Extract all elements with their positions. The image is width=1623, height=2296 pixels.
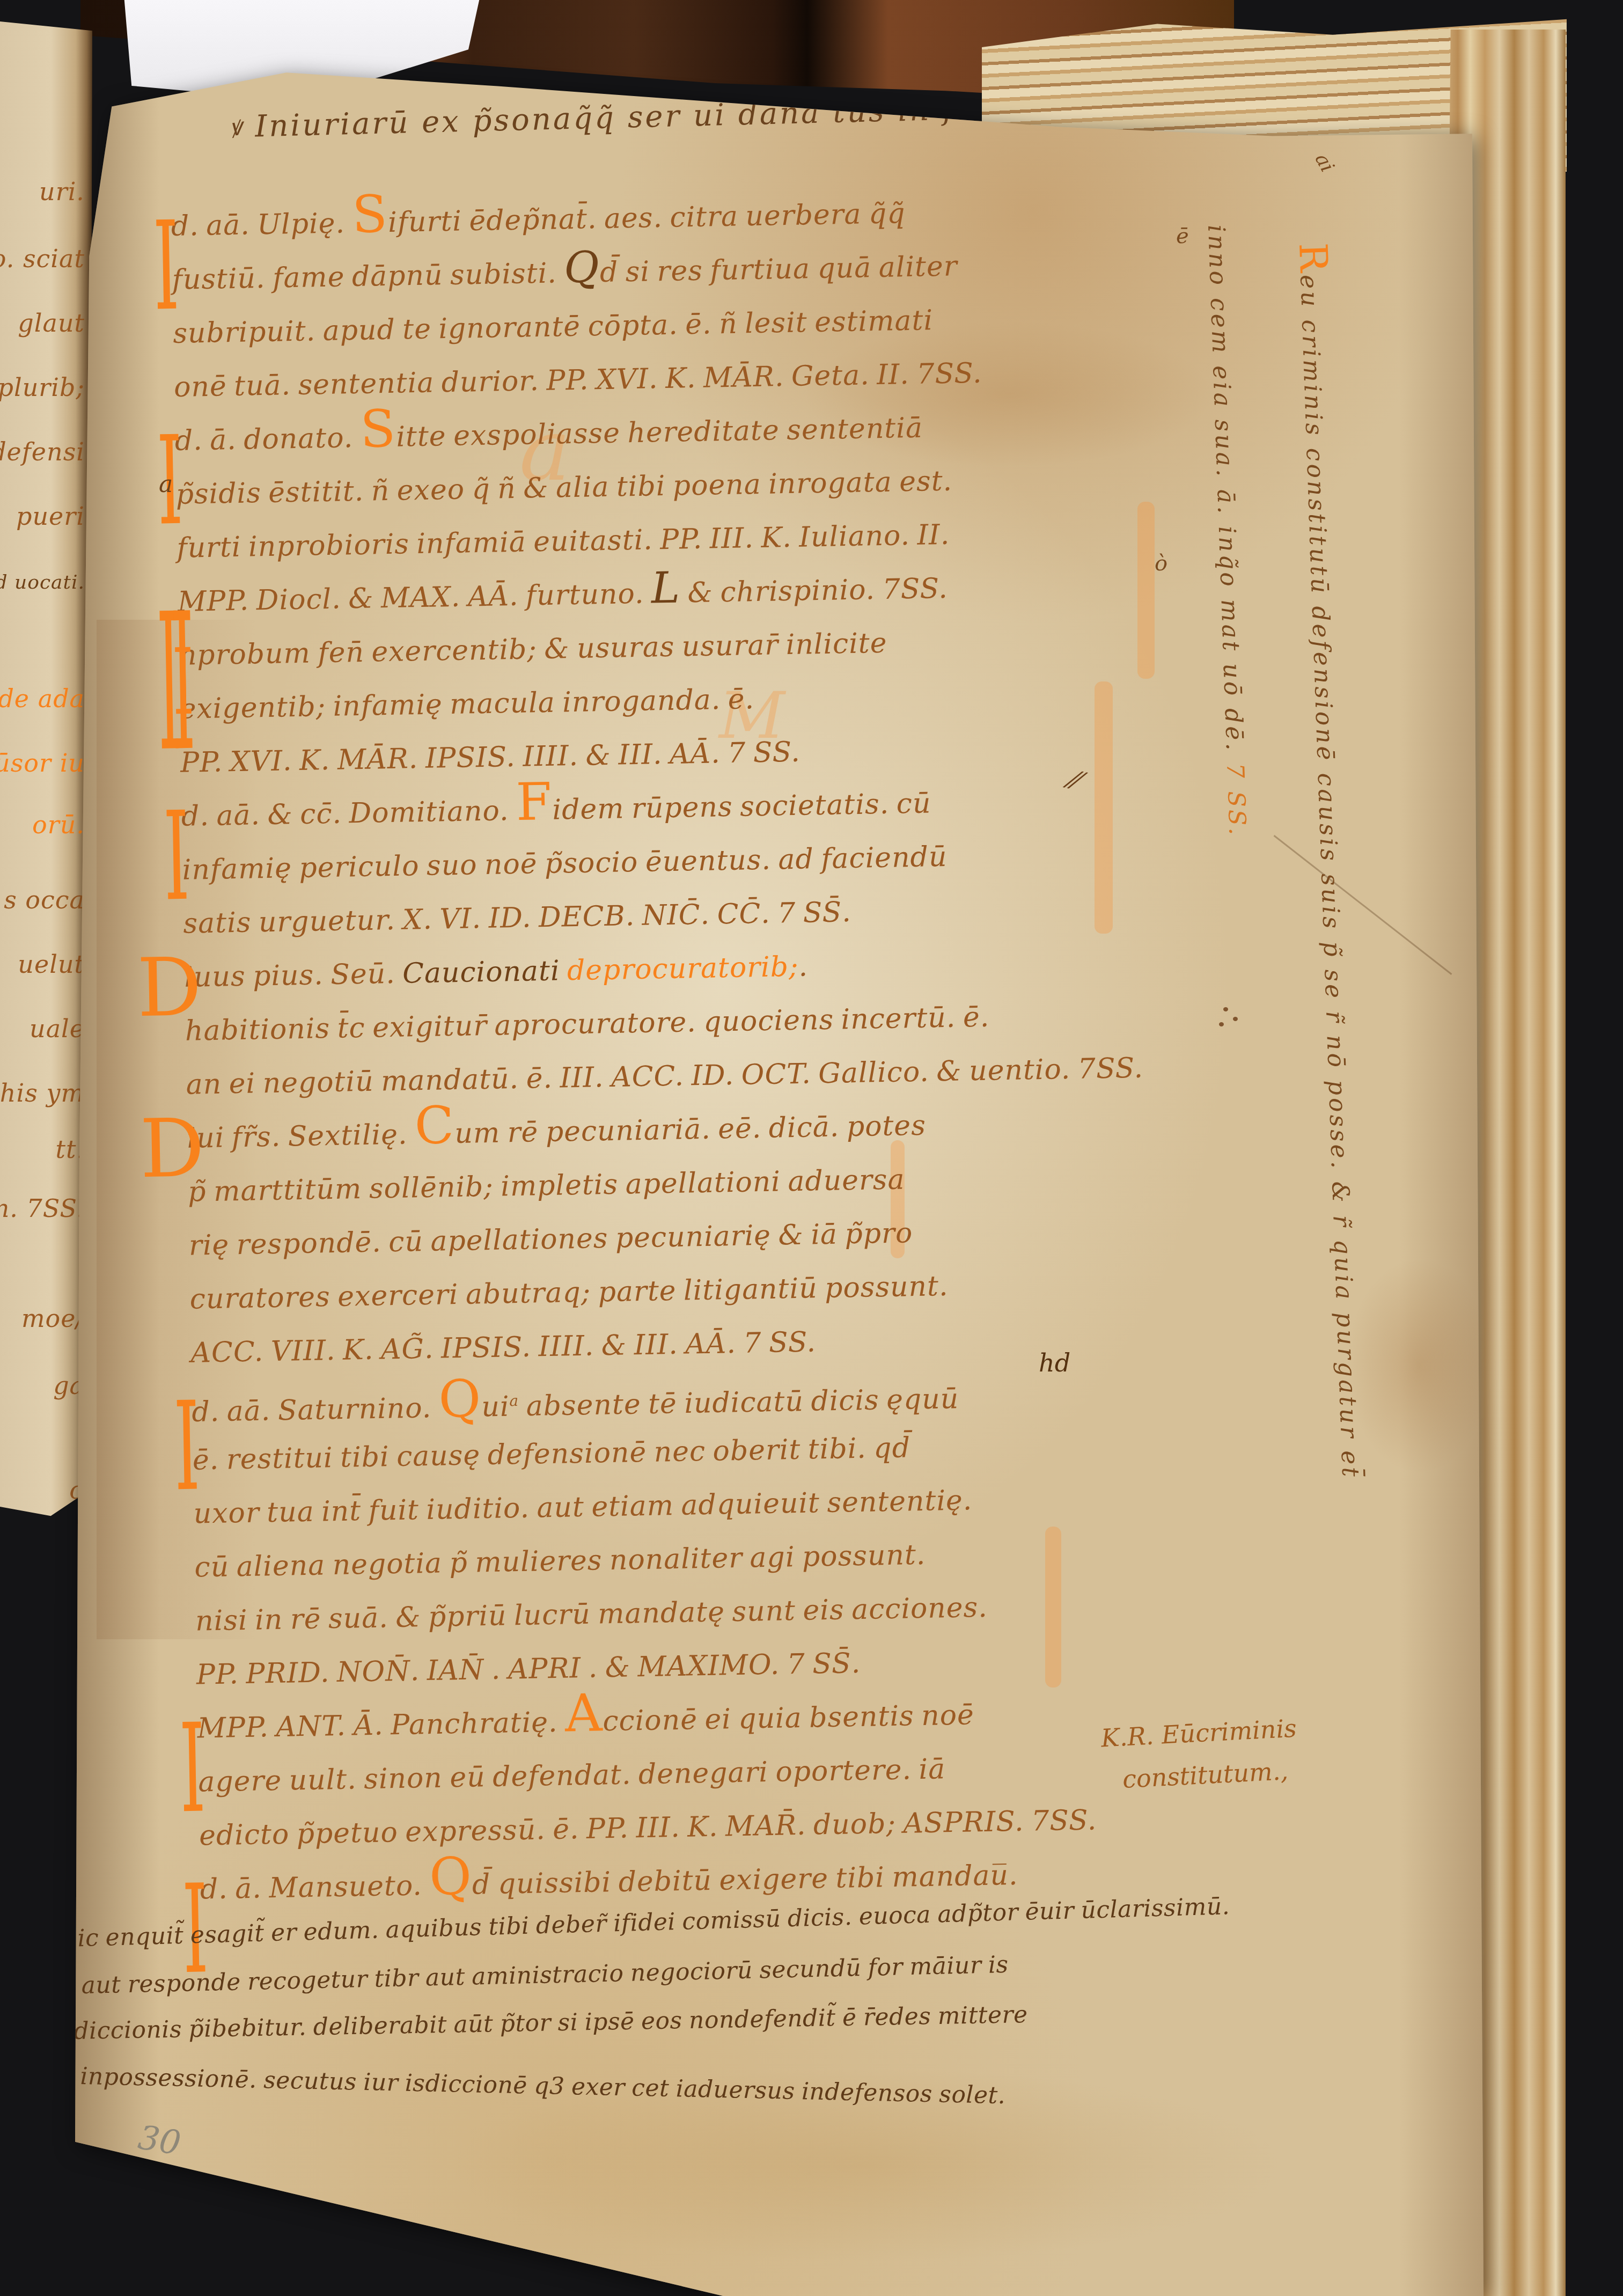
- text-segment: L: [651, 563, 681, 613]
- text-segment: satis urguetur. X. VI. ID. DECB. NIC̄. C…: [183, 896, 851, 940]
- text-segment: S: [351, 184, 388, 245]
- text-segment: ifurti ēdep̃nat̄. aes. citra uerbera q̃q…: [388, 197, 906, 239]
- manuscript-paragraph: Inprobum fen̄ exercentib; & usuras usura…: [178, 610, 1297, 790]
- text-segment: MPP. Diocl. & MAX. AĀ. furtuno.: [178, 577, 652, 618]
- manuscript-paragraph: Id. ā. donato. Sitte exspoliasse heredit…: [174, 395, 1293, 575]
- text-segment: onē tuā. sententia durior. PP. XVI. K. M…: [174, 357, 982, 404]
- bottom-gloss-line: inpossessionē. secutus iur isdiccionē q3…: [80, 2063, 1006, 2109]
- fragment-line: uale: [30, 1014, 85, 1043]
- fragment-line: m. de ada: [0, 684, 85, 713]
- text-segment: absente tē iudicatū dicis ęquū: [519, 1383, 959, 1422]
- text-segment: edicto p̃petuo expressū. ē. PP. III. K. …: [199, 1804, 1097, 1852]
- text-segment: infamię periculo suo noē p̃socio ēuentus…: [182, 841, 948, 886]
- text-segment: C: [414, 1095, 455, 1156]
- text-segment: S: [359, 399, 396, 459]
- text-segment: ccionē ei quia bsentis noē: [603, 1699, 974, 1737]
- text-segment: d. aā. Ulpię.: [171, 207, 352, 243]
- text-segment: d̄ si res furtiua quā aliter: [599, 250, 958, 289]
- bottom-gloss-line: diccionis p̃ibebitur. deliberabit aūt p̃…: [74, 2001, 1028, 2045]
- text-segment: d. aā. & cc̄. Domitiano.: [181, 795, 517, 833]
- fragment-line: defensi: [0, 437, 85, 466]
- text-segment: inpossessionē. secutus iur isdiccionē q3…: [80, 2063, 1006, 2109]
- text-segment: subripuit. apud te ignorantē cōpta. ē. ñ…: [173, 304, 934, 350]
- text-segment: .: [798, 950, 809, 982]
- text-segment: p̃sidis ēstitit. ñ exeo q̃ ñ & alia tibi…: [175, 465, 952, 511]
- text-segment: d. ā. donato.: [174, 422, 361, 457]
- text-segment: Q: [438, 1369, 482, 1429]
- manuscript-photo-scene: uri.ro. sciatglautplurib;defensipuerid u…: [0, 0, 1623, 2296]
- manuscript-paragraph: Id. aā. Saturnino. Quia absente tē iudic…: [191, 1360, 1312, 1701]
- paragraph-initial: D: [136, 941, 202, 1035]
- text-segment: idem rūpens societatis. cū: [552, 787, 931, 826]
- text-segment: itte exspoliasse hereditate sententiā: [396, 412, 923, 453]
- text-segment: nisi in rē suā. & p̃priū lucrū mandatę s…: [195, 1591, 988, 1638]
- header-prefix-mark: ꝟ: [227, 109, 244, 143]
- manuscript-paragraph: Id. aā. & cc̄. Domitiano. Fidem rūpens s…: [181, 771, 1299, 951]
- text-segment: um rē pecuniariā. eē. dicā. potes: [454, 1110, 926, 1150]
- text-segment: F: [516, 772, 553, 832]
- text-segment: ACC. VIII. K. AG̃. IPSIS. IIII. & III. A…: [190, 1326, 817, 1369]
- text-segment: deprocuratorib;: [567, 951, 799, 987]
- text-segment: d. aā. Saturnino.: [192, 1392, 439, 1428]
- text-segment: ui: [481, 1391, 510, 1424]
- paragraph-initial: I: [179, 1698, 207, 1840]
- text-segment: fustiū. fame dāpnū subisti.: [172, 257, 564, 296]
- text-segment: Caucionati: [402, 955, 568, 989]
- text-segment: PP. XVI. K. MĀR. IPSIS. IIII. & III. AĀ.…: [180, 736, 801, 779]
- text-segment: Q: [563, 242, 600, 292]
- manuscript-paragraph: Id. aā. Ulpię. Sifurti ēdep̃nat̄. aes. c…: [171, 180, 1290, 414]
- fragment-line: iūsor iu: [0, 749, 85, 777]
- text-segment: MPP. ANT. Ā. Panchratię.: [197, 1706, 565, 1745]
- fragment-line: pueri: [16, 502, 85, 531]
- text-segment: cū aliena negotia p̃ mulieres nonaliter …: [194, 1539, 926, 1584]
- text-segment: & chrispinio. 7SS.: [680, 573, 949, 610]
- paragraph-initial: I: [172, 628, 195, 736]
- text-segment: agere uult. sinon eū defendat. denegari …: [198, 1753, 946, 1798]
- paragraph-initial: D: [139, 1102, 205, 1196]
- manuscript-paragraph: Diui fr̃s. Sextilię. Cum rē pecuniariā. …: [187, 1092, 1307, 1380]
- text-segment: uxor tua int̄ fuit iuditio. aut etiam ad…: [193, 1484, 973, 1530]
- fragment-line: uelut: [18, 950, 85, 979]
- fragment-line: s occa: [4, 885, 85, 914]
- fragment-line: s his ym: [0, 1079, 85, 1107]
- text-segment: PP. PRID. NON̄. IAN̄ . APRI . & MAXIMO. …: [196, 1647, 861, 1691]
- text-segment: nprobum fen̄ exercentib; & usuras usurar…: [178, 627, 887, 672]
- text-segment: 7 SS.: [1221, 762, 1251, 838]
- margin-mark-a: a: [159, 471, 173, 498]
- text-segment: iuus pius. Seū.: [184, 958, 403, 994]
- text-segment: d. ā. Mansueto.: [200, 1869, 429, 1905]
- paragraph-initial: I: [163, 787, 190, 929]
- text-segment: an ei negotiū mandatū. ē. III. ACC. ID. …: [186, 1052, 1143, 1101]
- crease: [1274, 835, 1452, 975]
- stain: [1347, 1258, 1492, 1473]
- fragment-line: uri.: [39, 177, 85, 206]
- text-segment: p̃ marttitūm sollēnib; impletis apellati…: [188, 1163, 905, 1208]
- text-segment: rię respondē. cū apellationes pecuniarię…: [189, 1217, 913, 1262]
- text-segment: ē. restitui tibi causę defensionē nec ob…: [192, 1432, 910, 1476]
- paragraph-initial: I: [173, 1376, 201, 1519]
- fragment-line: orū.: [32, 810, 85, 839]
- text-segment: exigentib; infamię macula inroganda. ē.: [179, 683, 754, 725]
- quire-mark-ai: ai: [1311, 150, 1339, 175]
- margin-mark-o: ò: [1155, 551, 1167, 576]
- fragment-line: d uocati.: [0, 571, 85, 593]
- fragment-line: glaut: [18, 309, 85, 338]
- main-text-block: Id. aā. Ulpię. Sifurti ēdep̃nat̄. aes. c…: [171, 180, 1317, 1917]
- margin-mark-hd: hd: [1039, 1348, 1070, 1377]
- text-segment: habitionis t̄c exigitur̄ aprocuratore. q…: [185, 1001, 990, 1047]
- margin-mark-e: ē: [1176, 224, 1189, 248]
- paragraph-initial: I: [152, 196, 180, 339]
- fragment-line: plurib;: [0, 373, 85, 402]
- manuscript-page: a M ꝟ Iniuriarū ex p̃sonaq̃q̃ ser ui dān…: [75, 30, 1484, 2296]
- text-segment: diccionis p̃ibebitur. deliberabit aūt p̃…: [74, 2001, 1028, 2045]
- text-segment: curatores exerceri abutraq; parte litiga…: [189, 1270, 949, 1316]
- text-segment: d̄ quissibi debitū exigere tibi mandau̅.: [472, 1859, 1019, 1901]
- fragment-line: ro. sciat: [0, 244, 85, 273]
- text-segment: A: [564, 1683, 603, 1743]
- folio-number-bottom-pencil: 30: [136, 2117, 183, 2162]
- fragment-line: m. 7SS.: [0, 1194, 85, 1223]
- text-segment: iui fr̃s. Sextilię.: [187, 1118, 415, 1154]
- text-segment: R: [1290, 242, 1336, 275]
- text-segment: furti inprobioris infamiā euitasti. PP. …: [177, 519, 950, 564]
- text-segment: a: [509, 1392, 519, 1410]
- fragment-line: moe/: [21, 1304, 85, 1333]
- text-segment: Q: [429, 1846, 473, 1907]
- manuscript-paragraph: Diuus pius. Seū. Caucionati deprocurator…: [183, 931, 1302, 1111]
